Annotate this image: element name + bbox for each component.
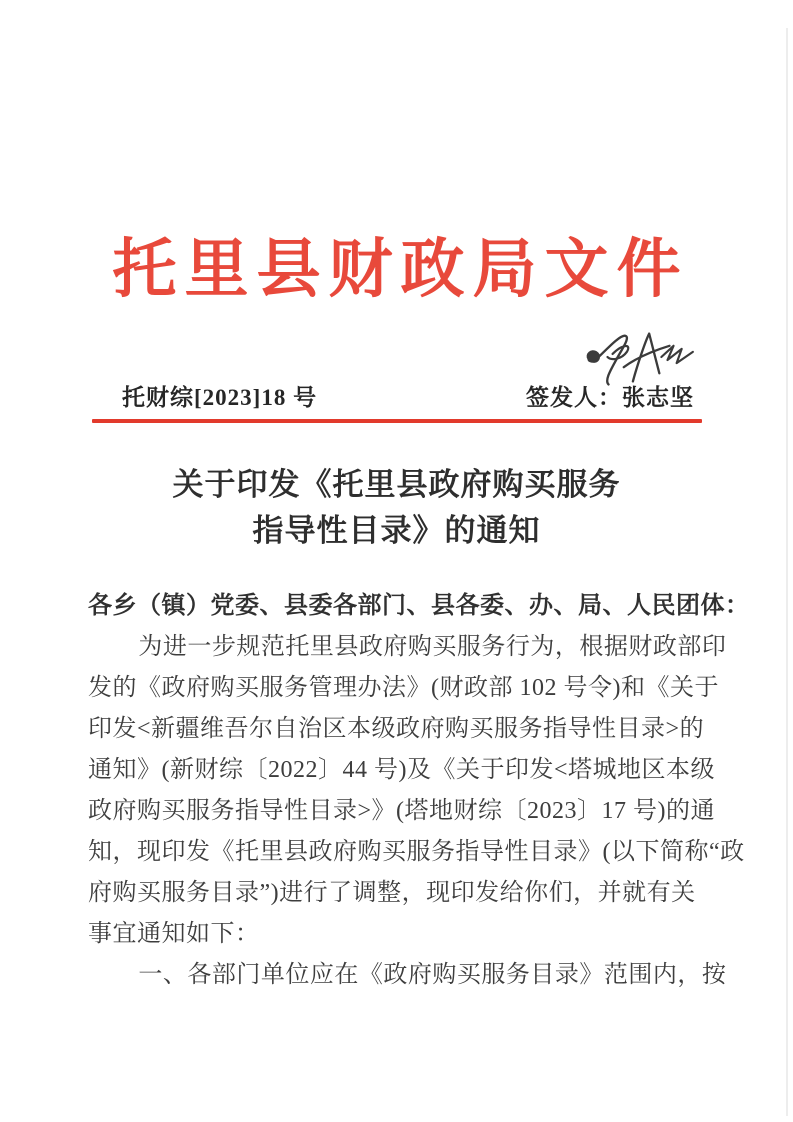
scan-edge-artifact bbox=[786, 28, 788, 1116]
body-line: 府购买服务目录”)进行了调整，现印发给你们，并就有关 bbox=[88, 873, 710, 914]
agency-letterhead-title: 托里县财政局文件 bbox=[0, 218, 793, 310]
salutation-line: 各乡（镇）党委、县委各部门、县各委、办、局、人民团体： bbox=[88, 586, 710, 627]
issuer-name: 签发人：张志坚 bbox=[526, 379, 706, 412]
body-line: 印发<新疆维吾尔自治区本级政府购买服务指导性目录>的 bbox=[88, 709, 710, 750]
document-number: 托财综[2023]18 号 bbox=[88, 379, 317, 412]
document-body: 各乡（镇）党委、县委各部门、县各委、办、局、人民团体： 为进一步规范托里县政府购… bbox=[88, 586, 710, 996]
body-line: 通知》(新财综〔2022〕44 号)及《关于印发<塔城地区本级 bbox=[88, 750, 710, 791]
body-line: 一、各部门单位应在《政府购买服务目录》范围内，按 bbox=[88, 955, 710, 996]
document-page: 托里县财政局文件 托财综[2023]18 号 签发人：张志坚 关于印发《托里县政… bbox=[0, 0, 793, 1122]
document-title-line2: 指导性目录》的通知 bbox=[0, 508, 793, 554]
body-line: 发的《政府购买服务管理办法》(财政部 102 号令)和《关于 bbox=[88, 668, 710, 709]
body-line: 知，现印发《托里县政府购买服务指导性目录》(以下简称“政 bbox=[88, 832, 710, 873]
document-meta-row: 托财综[2023]18 号 签发人：张志坚 bbox=[88, 378, 706, 412]
document-title: 关于印发《托里县政府购买服务 指导性目录》的通知 bbox=[0, 462, 793, 554]
red-divider-rule bbox=[92, 419, 702, 423]
body-line: 事宜通知如下： bbox=[88, 914, 710, 955]
document-title-line1: 关于印发《托里县政府购买服务 bbox=[0, 462, 793, 508]
body-line: 政府购买服务指导性目录>》(塔地财综〔2023〕17 号)的通 bbox=[88, 791, 710, 832]
body-line: 为进一步规范托里县政府购买服务行为，根据财政部印 bbox=[88, 627, 710, 668]
